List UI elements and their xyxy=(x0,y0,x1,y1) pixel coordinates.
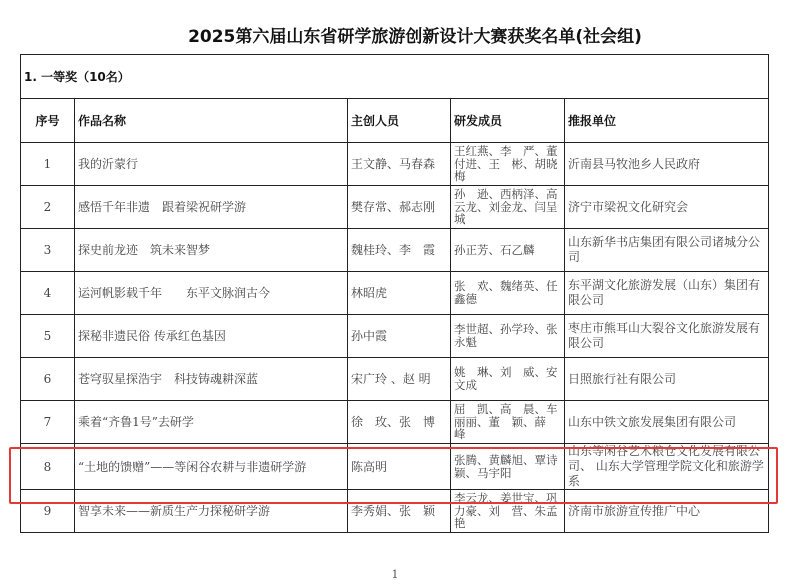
cell-unit: 山东新华书店集团有限公司诸城分公司 xyxy=(565,229,769,272)
document-page: 2025第六届山东省研学旅游创新设计大赛获奖名单(社会组) 1. 一等奖（10名… xyxy=(0,0,790,585)
document-title: 2025第六届山东省研学旅游创新设计大赛获奖名单(社会组) xyxy=(0,22,790,47)
cell-lead: 陈高明 xyxy=(348,444,451,490)
table-row: 5 探秘非遗民俗 传承红色基因 孙中霞 李世超、孙学玲、张永魁 枣庄市熊耳山大裂… xyxy=(21,315,769,358)
cell-unit: 日照旅行社有限公司 xyxy=(565,358,769,401)
cell-index: 2 xyxy=(21,186,75,229)
cell-team: 李世超、孙学玲、张永魁 xyxy=(451,315,565,358)
cell-lead: 王文静、马春森 xyxy=(348,143,451,186)
table-row: 7 乘着“齐鲁1号”去研学 徐 玫、张 博 屈 凯、高 晨、车丽丽、董 颖、薛 … xyxy=(21,401,769,444)
cell-index: 5 xyxy=(21,315,75,358)
header-unit: 推报单位 xyxy=(565,99,769,143)
table-row: 1 我的沂蒙行 王文静、马春森 王红燕、李 严、董付进、王 彬、胡晓梅 沂南县马… xyxy=(21,143,769,186)
cell-title: 智享未来——新质生产力探秘研学游 xyxy=(75,490,348,533)
cell-index: 7 xyxy=(21,401,75,444)
cell-index: 3 xyxy=(21,229,75,272)
awards-table: 1. 一等奖（10名） 序号 作品名称 主创人员 研发成员 推报单位 1 我的沂… xyxy=(20,54,769,533)
section-label: 1. 一等奖（10名） xyxy=(21,55,769,99)
header-index: 序号 xyxy=(21,99,75,143)
cell-unit: 山东等闲谷艺术粮仓文化发展有限公司、 山东大学管理学院文化和旅游学系 xyxy=(565,444,769,490)
cell-unit: 东平湖文化旅游发展（山东）集团有限公司 xyxy=(565,272,769,315)
header-lead: 主创人员 xyxy=(348,99,451,143)
cell-team: 李云龙、姜世宝、巩力豪、刘 营、朱孟艳 xyxy=(451,490,565,533)
table-row: 9 智享未来——新质生产力探秘研学游 李秀娟、张 颖 李云龙、姜世宝、巩力豪、刘… xyxy=(21,490,769,533)
header-team: 研发成员 xyxy=(451,99,565,143)
cell-lead: 徐 玫、张 博 xyxy=(348,401,451,444)
cell-team: 屈 凯、高 晨、车丽丽、董 颖、薛 峰 xyxy=(451,401,565,444)
cell-team: 姚 琳、刘 威、安文成 xyxy=(451,358,565,401)
table-row: 3 探史前龙迹 筑未来智梦 魏桂玲、李 霞 孙正芳、石乙麟 山东新华书店集团有限… xyxy=(21,229,769,272)
table-header-row: 序号 作品名称 主创人员 研发成员 推报单位 xyxy=(21,99,769,143)
cell-title: 探秘非遗民俗 传承红色基因 xyxy=(75,315,348,358)
cell-team: 孙正芳、石乙麟 xyxy=(451,229,565,272)
cell-unit: 济宁市梁祝文化研究会 xyxy=(565,186,769,229)
cell-lead: 宋广玲 、赵 明 xyxy=(348,358,451,401)
cell-team: 张腾、黄麟旭、覃诗颖、马宇阳 xyxy=(451,444,565,490)
table-row-highlighted: 8 “土地的馈赠”——等闲谷农耕与非遗研学游 陈高明 张腾、黄麟旭、覃诗颖、马宇… xyxy=(21,444,769,490)
cell-lead: 孙中霞 xyxy=(348,315,451,358)
header-title: 作品名称 xyxy=(75,99,348,143)
page-number: 1 xyxy=(0,568,790,581)
cell-unit: 济南市旅游宣传推广中心 xyxy=(565,490,769,533)
section-header-row: 1. 一等奖（10名） xyxy=(21,55,769,99)
cell-unit: 沂南县马牧池乡人民政府 xyxy=(565,143,769,186)
cell-title: 我的沂蒙行 xyxy=(75,143,348,186)
cell-unit: 枣庄市熊耳山大裂谷文化旅游发展有限公司 xyxy=(565,315,769,358)
cell-title: 运河帆影载千年 东平文脉润古今 xyxy=(75,272,348,315)
cell-unit: 山东中铁文旅发展集团有限公司 xyxy=(565,401,769,444)
cell-title: 乘着“齐鲁1号”去研学 xyxy=(75,401,348,444)
cell-lead: 李秀娟、张 颖 xyxy=(348,490,451,533)
table-row: 2 感悟千年非遗 跟着梁祝研学游 樊存常、郝志刚 孙 逊、西柄泽、高云龙、刘金龙… xyxy=(21,186,769,229)
cell-index: 9 xyxy=(21,490,75,533)
cell-title: “土地的馈赠”——等闲谷农耕与非遗研学游 xyxy=(75,444,348,490)
cell-team: 张 欢、魏绪英、任鑫德 xyxy=(451,272,565,315)
cell-lead: 魏桂玲、李 霞 xyxy=(348,229,451,272)
cell-index: 6 xyxy=(21,358,75,401)
cell-lead: 樊存常、郝志刚 xyxy=(348,186,451,229)
cell-index: 8 xyxy=(21,444,75,490)
cell-title: 苍穹驭星探浩宇 科技铸魂耕深蓝 xyxy=(75,358,348,401)
cell-team: 孙 逊、西柄泽、高云龙、刘金龙、闫呈城 xyxy=(451,186,565,229)
cell-index: 4 xyxy=(21,272,75,315)
cell-lead: 林昭虎 xyxy=(348,272,451,315)
table-row: 4 运河帆影载千年 东平文脉润古今 林昭虎 张 欢、魏绪英、任鑫德 东平湖文化旅… xyxy=(21,272,769,315)
cell-index: 1 xyxy=(21,143,75,186)
table-row: 6 苍穹驭星探浩宇 科技铸魂耕深蓝 宋广玲 、赵 明 姚 琳、刘 威、安文成 日… xyxy=(21,358,769,401)
cell-title: 探史前龙迹 筑未来智梦 xyxy=(75,229,348,272)
cell-title: 感悟千年非遗 跟着梁祝研学游 xyxy=(75,186,348,229)
cell-team: 王红燕、李 严、董付进、王 彬、胡晓梅 xyxy=(451,143,565,186)
